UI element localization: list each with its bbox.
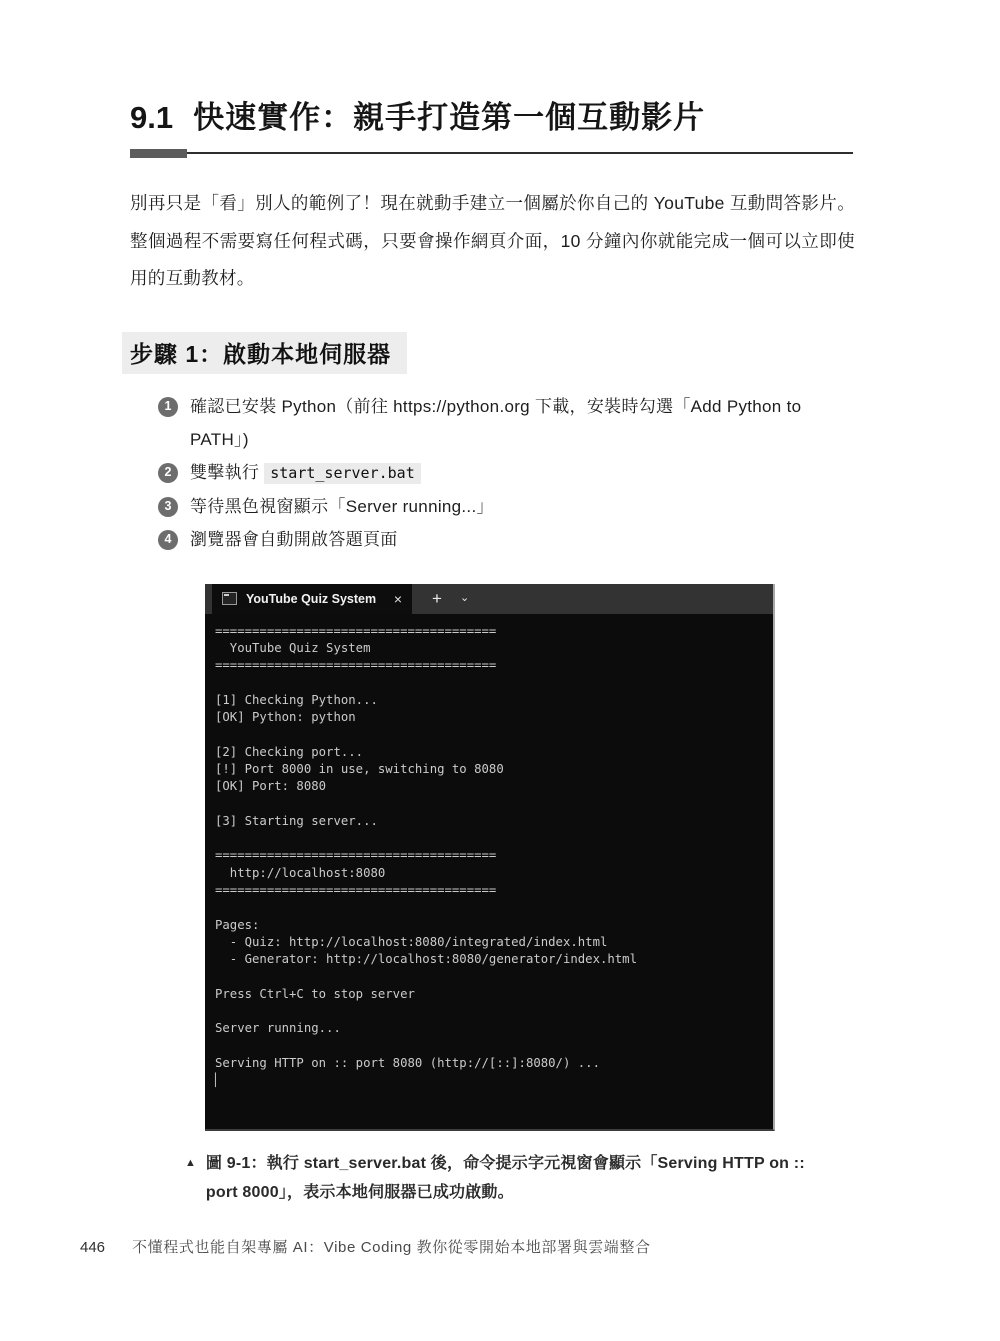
close-icon[interactable]: × xyxy=(394,592,402,606)
list-item: 3 等待黑色視窗顯示「Server running...」 xyxy=(158,490,855,523)
section-number: 9.1 xyxy=(130,100,173,136)
figure-caption: ▲ 圖 9-1：執行 start_server.bat 後，命令提示字元視窗會顯… xyxy=(185,1149,817,1207)
terminal-tab[interactable]: YouTube Quiz System × xyxy=(212,584,412,614)
divider-accent-block xyxy=(130,149,187,158)
list-item: 2 雙擊執行 start_server.bat xyxy=(158,456,855,490)
inline-code: start_server.bat xyxy=(264,463,421,484)
console-icon xyxy=(222,592,237,605)
page-footer: 446 不懂程式也能自架專屬 AI：Vibe Coding 教你從零開始本地部署… xyxy=(80,1236,651,1257)
terminal-tab-title: YouTube Quiz System xyxy=(246,592,376,606)
terminal-tab-bar: YouTube Quiz System × + ⌄ xyxy=(205,584,773,614)
step-text: 雙擊執行 start_server.bat xyxy=(190,456,838,490)
step-number-badge: 2 xyxy=(158,463,178,483)
step-text: 等待黑色視窗顯示「Server running...」 xyxy=(190,490,838,523)
step-number-badge: 1 xyxy=(158,397,178,417)
heading-divider xyxy=(130,149,855,159)
page-number: 446 xyxy=(80,1239,105,1256)
step-text-prefix: 雙擊執行 xyxy=(190,463,264,482)
step-heading: 步驟 1：啟動本地伺服器 xyxy=(122,332,407,374)
section-title: 快速實作：親手打造第一個互動影片 xyxy=(193,92,705,137)
divider-line xyxy=(130,152,853,154)
book-page: 9.1 快速實作：親手打造第一個互動影片 別再只是「看」別人的範例了！現在就動手… xyxy=(0,0,1000,1341)
new-tab-icon[interactable]: + xyxy=(432,590,442,607)
step-text: 瀏覽器會自動開啟答題頁面 xyxy=(190,523,838,556)
book-title: 不懂程式也能自架專屬 AI：Vibe Coding 教你從零開始本地部署與雲端整… xyxy=(132,1236,651,1257)
step-number-badge: 3 xyxy=(158,497,178,517)
step-text: 確認已安裝 Python（前往 https://python.org 下載，安裝… xyxy=(190,390,838,456)
terminal-output: ====================================== Y… xyxy=(215,623,763,1090)
figure-caption-text: 圖 9-1：執行 start_server.bat 後，命令提示字元視窗會顯示「… xyxy=(206,1149,817,1207)
list-item: 4 瀏覽器會自動開啟答題頁面 xyxy=(158,523,855,556)
section-heading: 9.1 快速實作：親手打造第一個互動影片 xyxy=(130,92,855,137)
list-item: 1 確認已安裝 Python（前往 https://python.org 下載，… xyxy=(158,390,855,456)
step-list: 1 確認已安裝 Python（前往 https://python.org 下載，… xyxy=(130,390,855,556)
triangle-marker-icon: ▲ xyxy=(185,1149,196,1207)
terminal-window: YouTube Quiz System × + ⌄ ==============… xyxy=(205,584,775,1131)
terminal-content-area: ====================================== Y… xyxy=(205,614,773,1129)
page-content: 9.1 快速實作：親手打造第一個互動影片 別再只是「看」別人的範例了！現在就動手… xyxy=(0,0,1000,1207)
chevron-down-icon[interactable]: ⌄ xyxy=(460,593,469,604)
intro-paragraph: 別再只是「看」別人的範例了！現在就動手建立一個屬於你自己的 YouTube 互動… xyxy=(130,185,855,298)
step-number-badge: 4 xyxy=(158,530,178,550)
